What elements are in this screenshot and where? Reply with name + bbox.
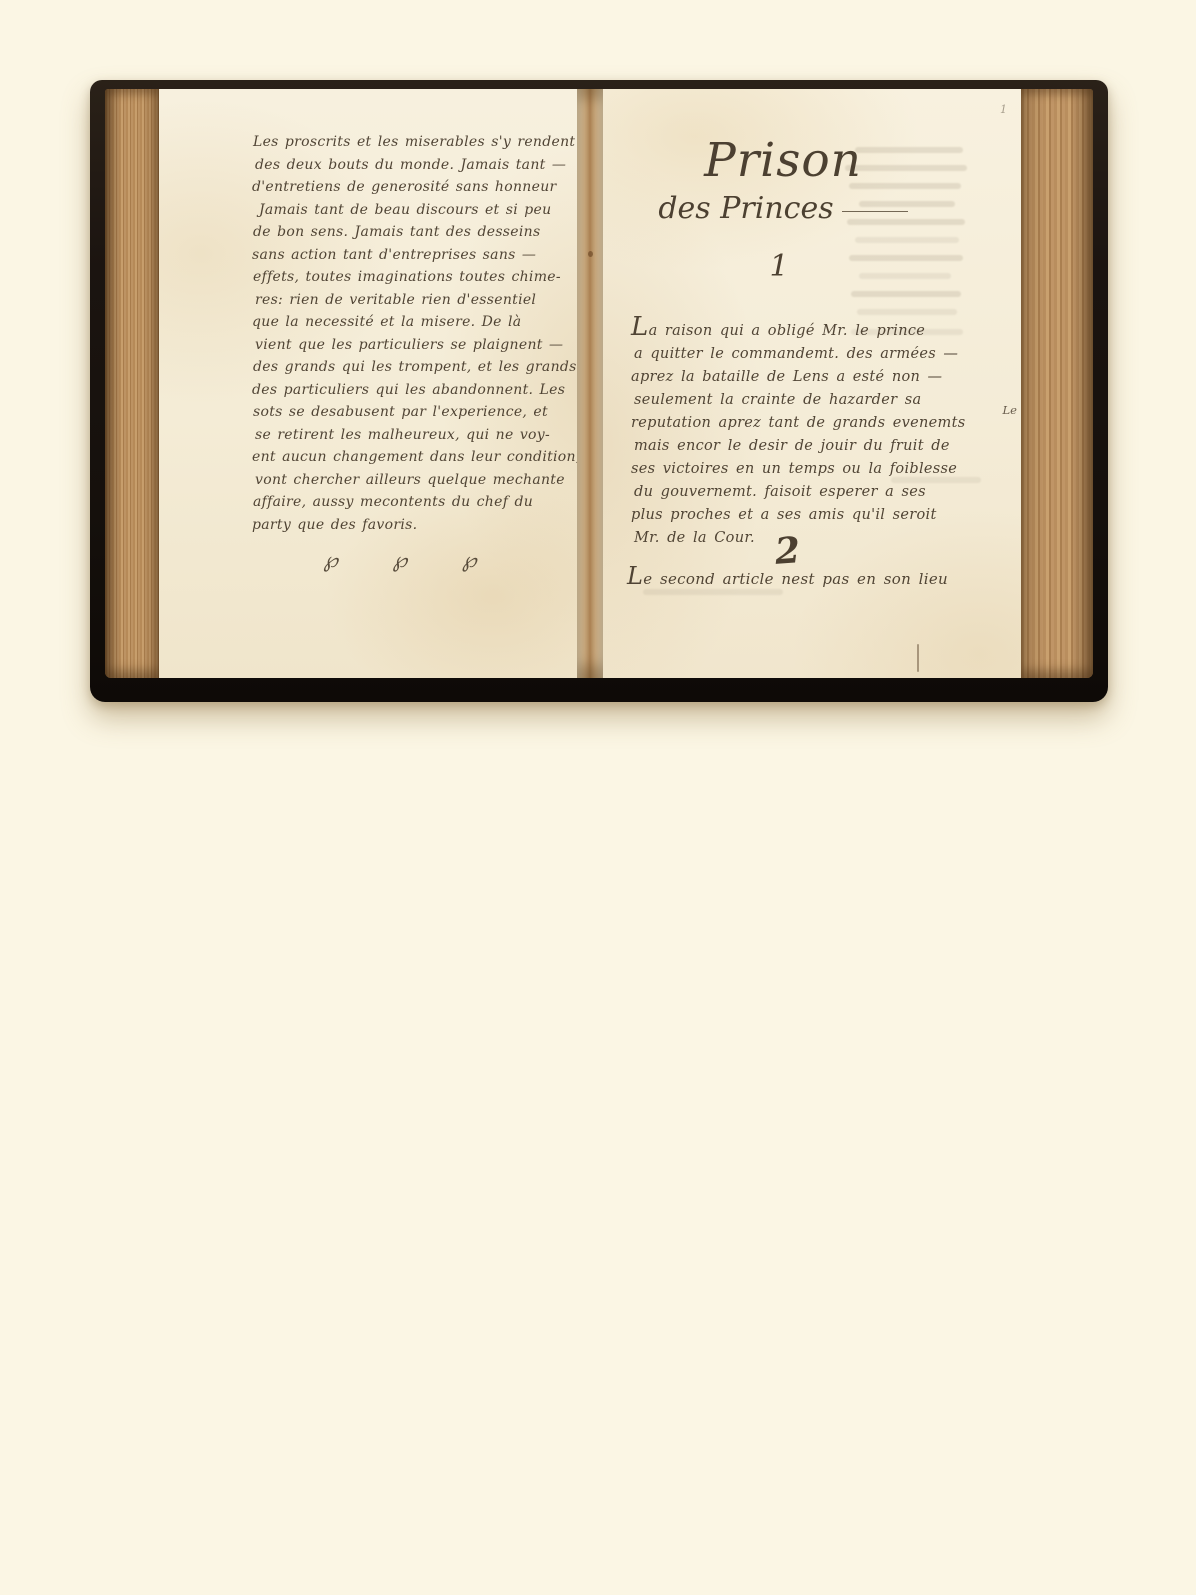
manuscript-line: seulement la crainte de hazarder sa <box>634 389 1004 412</box>
manuscript-line: des grands qui les trompent, et les gran… <box>253 356 553 379</box>
manuscript-line: La raison qui a obligé Mr. le prince <box>631 316 1001 343</box>
photo-background: Les proscrits et les miserables s'y rend… <box>0 0 1196 1595</box>
manuscript-line: Les proscrits et les miserables s'y rend… <box>253 131 553 154</box>
left-page-text: Les proscrits et les miserables s'y rend… <box>253 131 553 572</box>
chapter-title: Prison des Princes <box>603 135 963 229</box>
right-page: 1 Prison des Princes 1 La raison qui a o… <box>603 89 1021 678</box>
manuscript-line: des deux bouts du monde. Jamais tant — <box>255 154 555 177</box>
end-flourish: ℘ ℘ ℘ <box>253 548 553 572</box>
manuscript-line: Mr. de la Cour. <box>634 527 1004 550</box>
section-number-1: 1 <box>603 249 955 284</box>
manuscript-line: de bon sens. Jamais tant des desseins <box>253 221 553 244</box>
manuscript-line: sans action tant d'entreprises sans — <box>252 244 552 267</box>
manuscript-line: party que des favoris. <box>252 514 552 537</box>
manuscript-line: ent aucun changement dans leur condition… <box>252 446 552 469</box>
chapter-title-line2: des Princes <box>603 189 963 229</box>
page-number-mark: 1 <box>1000 103 1007 116</box>
page-crease-mark <box>917 644 919 672</box>
manuscript-line: que la necessité et la misere. De là <box>252 311 552 334</box>
manuscript-line: Jamais tant de beau discours et si peu <box>259 199 559 222</box>
chapter-title-line1: Prison <box>603 135 963 187</box>
manuscript-line: d'entretiens de generosité sans honneur <box>252 176 552 199</box>
left-page: Les proscrits et les miserables s'y rend… <box>159 89 577 678</box>
manuscript-line: sots se desabusent par l'experience, et <box>253 401 553 424</box>
left-page-fore-edge <box>105 89 159 678</box>
right-page-fore-edge <box>1021 89 1093 678</box>
manuscript-line: a quitter le commandemt. des armées — <box>634 343 1004 366</box>
margin-insertion-note: Le <box>1003 403 1017 417</box>
manuscript-line: vient que les particuliers se plaignent … <box>255 334 555 357</box>
manuscript-line: se retirent les malheureux, qui ne voy- <box>255 424 555 447</box>
showthrough-line <box>855 237 959 243</box>
right-page-text: La raison qui a obligé Mr. le prince a q… <box>631 316 1001 550</box>
showthrough-line <box>851 291 961 297</box>
manuscript-line: du gouvernemt. faisoit esperer a ses <box>634 481 1004 504</box>
manuscript-line: aprez la bataille de Lens a esté non — <box>631 366 1001 389</box>
closing-line: Le second article nest pas en son lieu <box>627 562 948 590</box>
manuscript-book: Les proscrits et les miserables s'y rend… <box>90 80 1108 702</box>
manuscript-line: res: rien de veritable rien d'essentiel <box>255 289 555 312</box>
manuscript-line: des particuliers qui les abandonnent. Le… <box>252 379 552 402</box>
manuscript-line: vont chercher ailleurs quelque mechante <box>255 469 555 492</box>
manuscript-line: affaire, aussy mecontents du chef du <box>253 491 553 514</box>
manuscript-line: reputation aprez tant de grands evenemts <box>631 412 1001 435</box>
gutter-thread-mark <box>588 251 593 257</box>
page-spread: Les proscrits et les miserables s'y rend… <box>105 89 1093 678</box>
manuscript-line: ses victoires en un temps ou la foibless… <box>631 458 1001 481</box>
manuscript-line: plus proches et a ses amis qu'il seroit <box>631 504 1001 527</box>
manuscript-line: mais encor le desir de jouir du fruit de <box>634 435 1004 458</box>
manuscript-line: effets, toutes imaginations toutes chime… <box>253 266 553 289</box>
showthrough-line <box>857 309 957 315</box>
book-gutter <box>577 89 603 678</box>
